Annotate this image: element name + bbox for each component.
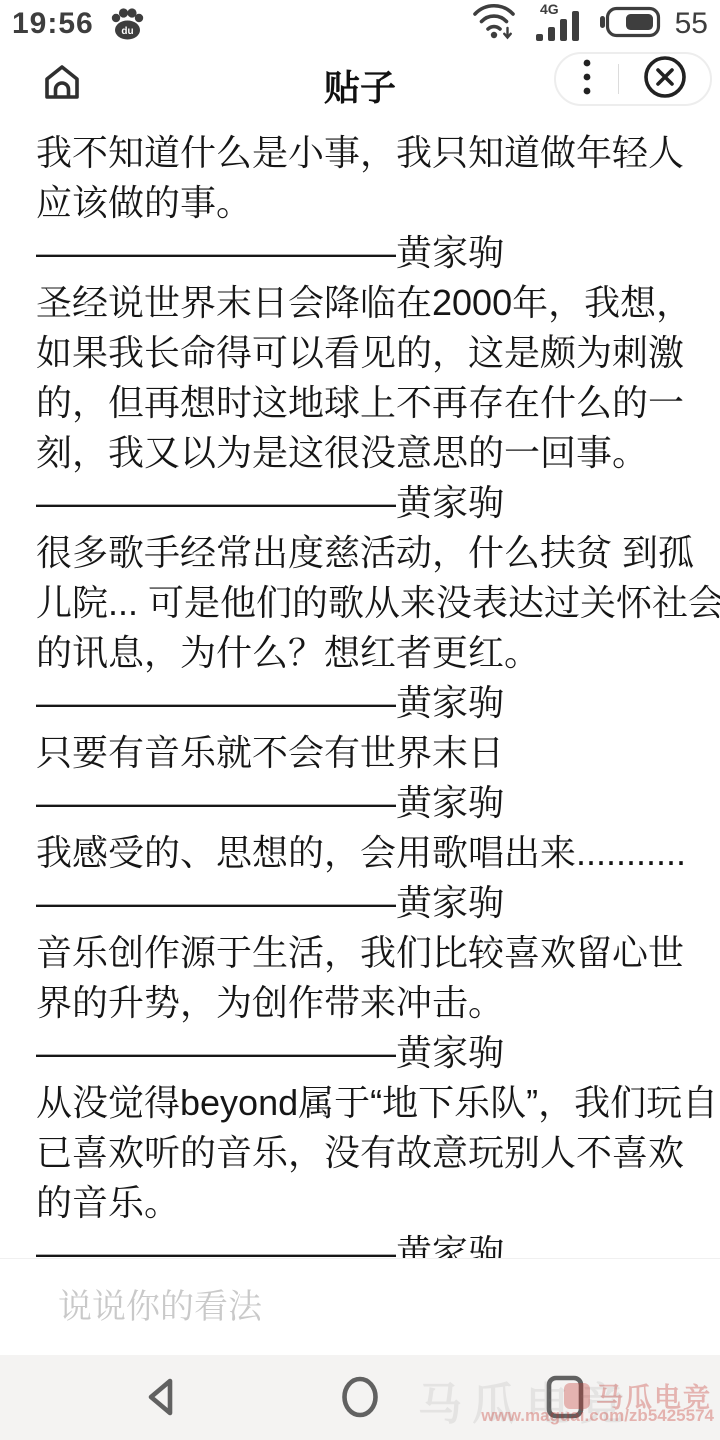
header-action-pill	[554, 52, 712, 106]
post-line: ——————————黄家驹	[36, 878, 684, 928]
close-circle-icon	[641, 53, 689, 106]
post-line: ——————————黄家驹	[36, 478, 684, 528]
post-line: ——————————黄家驹	[36, 228, 684, 278]
post-line: ——————————黄家驹	[36, 1028, 684, 1078]
post-line: 界的升势，为创作带来冲击。	[36, 978, 684, 1028]
battery-percent: 55	[675, 7, 708, 41]
post-line: 应该做的事。	[36, 178, 684, 228]
post-line: 刻，我又以为是这很没意思的一回事。	[36, 428, 684, 478]
baidu-paw-icon: du	[108, 6, 146, 42]
post-content[interactable]: 我不知道什么是小事，我只知道做年轻人应该做的事。——————————黄家驹圣经说…	[0, 120, 720, 1258]
post-line: 音乐创作源于生活，我们比较喜欢留心世	[36, 928, 684, 978]
post-line: 儿院... 可是他们的歌从来没表达过关怀社会	[36, 578, 684, 628]
clock: 19:56	[12, 7, 94, 41]
comment-input[interactable]	[56, 1287, 660, 1328]
post-line: 的讯息，为什么？想红者更红。	[36, 628, 684, 678]
post-line: 的音乐。	[36, 1178, 684, 1228]
post-line: ——————————黄家驹	[36, 678, 684, 728]
post-line: 我感受的、思想的，会用歌唱出来...........	[36, 828, 684, 878]
nav-home-button[interactable]	[336, 1373, 384, 1421]
wifi-icon	[471, 1, 517, 48]
header: 贴子	[0, 48, 720, 120]
home-circle-icon	[336, 1408, 384, 1425]
post-line: 只要有音乐就不会有世界末日	[36, 728, 684, 778]
post-line: 如果我长命得可以看见的，这是颇为刺激	[36, 328, 684, 378]
nav-back-button[interactable]	[139, 1373, 187, 1421]
more-vertical-icon	[582, 55, 592, 104]
post-line: 已喜欢听的音乐，没有故意玩别人不喜欢	[36, 1128, 684, 1178]
post-line: 我不知道什么是小事，我只知道做年轻人	[36, 128, 684, 178]
post-line: ——————————黄家驹	[36, 778, 684, 828]
battery-icon	[599, 5, 661, 44]
android-nav-bar	[0, 1355, 720, 1440]
comment-bar	[0, 1258, 720, 1355]
back-triangle-icon	[139, 1408, 187, 1425]
signal-bars-icon: 4G	[531, 1, 585, 48]
post-line: 的，但再想时这地球上不再存在什么的一	[36, 378, 684, 428]
post-line: 圣经说世界末日会降临在2000年，我想，	[36, 278, 684, 328]
post-line: ——————————黄家驹	[36, 1228, 684, 1258]
svg-text:du: du	[121, 26, 133, 37]
svg-text:4G: 4G	[540, 1, 559, 17]
close-button[interactable]	[619, 53, 710, 106]
more-options-button[interactable]	[556, 55, 618, 104]
status-right-cluster: 4G 55	[471, 1, 708, 48]
post-line: 很多歌手经常出度慈活动，什么扶贫 到孤	[36, 528, 684, 578]
phone-screen: 19:56 du	[0, 0, 720, 1440]
recents-square-icon	[541, 1408, 589, 1425]
nav-recents-button[interactable]	[541, 1373, 589, 1421]
post-line: 从没觉得beyond属于“地下乐队”，我们玩自	[36, 1078, 684, 1128]
status-bar: 19:56 du	[0, 0, 720, 48]
